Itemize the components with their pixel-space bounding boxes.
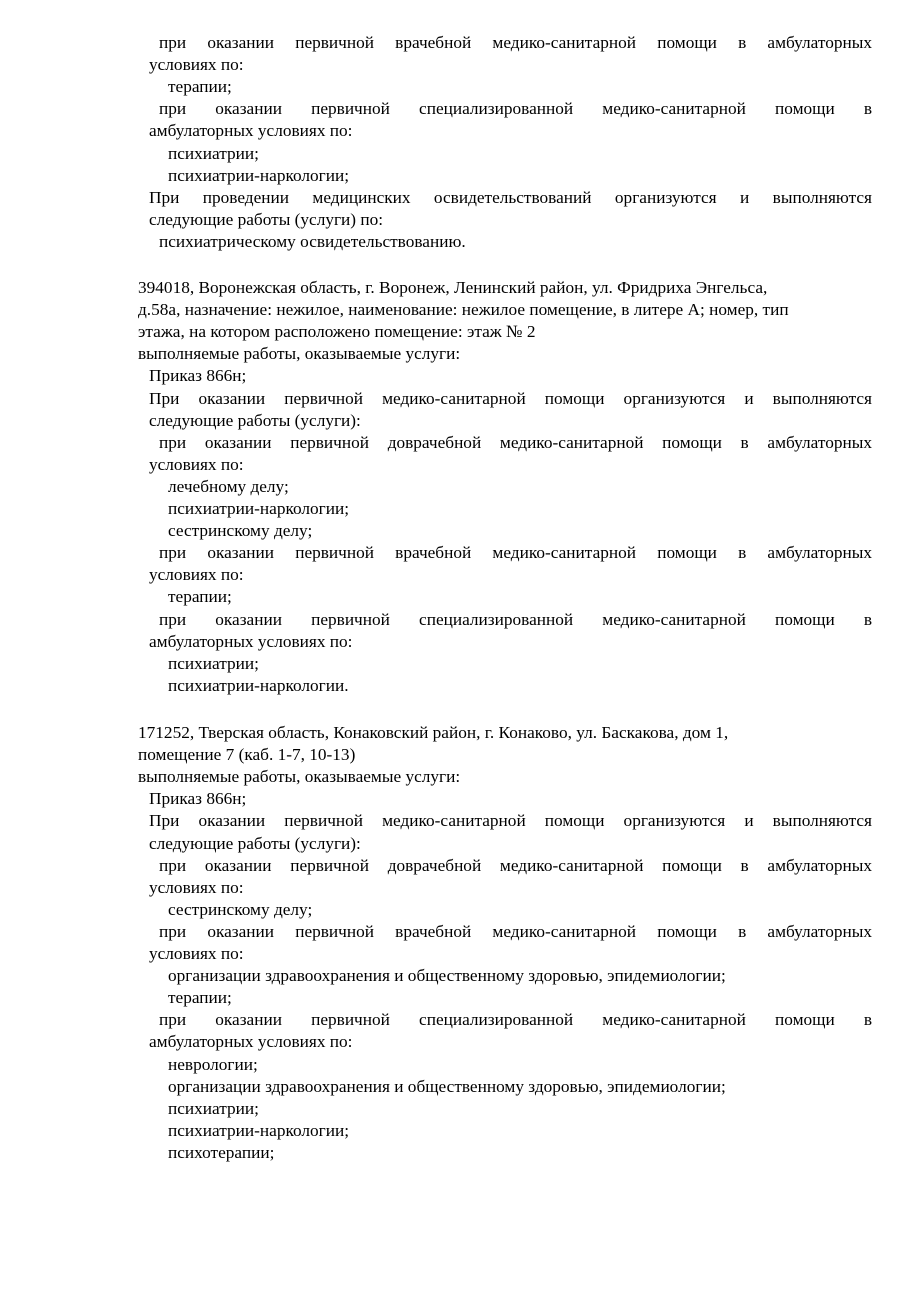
service-line: организации здравоохранения и общественн… [168, 965, 726, 987]
service-line: следующие работы (услуги) по: [149, 209, 383, 231]
address-line: этажа, на котором расположено помещение:… [138, 321, 536, 343]
address-line: 394018, Воронежская область, г. Воронеж,… [138, 277, 767, 299]
service-line: неврологии; [168, 1054, 258, 1076]
service-line: психиатрии-наркологии; [168, 165, 349, 187]
service-line: при оказании первичной врачебной медико-… [159, 542, 872, 564]
service-line: выполняемые работы, оказываемые услуги: [138, 766, 460, 788]
service-line: сестринскому делу; [168, 899, 312, 921]
service-line: лечебному делу; [168, 476, 289, 498]
service-line: выполняемые работы, оказываемые услуги: [138, 343, 460, 365]
service-line: психиатрии; [168, 653, 259, 675]
address-line: 171252, Тверская область, Конаковский ра… [138, 722, 728, 744]
service-line: при оказании первичной врачебной медико-… [159, 32, 872, 54]
service-line: Приказ 866н; [149, 365, 246, 387]
service-line: психиатрии; [168, 143, 259, 165]
service-line: При оказании первичной медико-санитарной… [149, 388, 872, 410]
service-line: терапии; [168, 987, 232, 1009]
service-line: Приказ 866н; [149, 788, 246, 810]
service-line: терапии; [168, 586, 232, 608]
service-line: организации здравоохранения и общественн… [168, 1076, 726, 1098]
service-line: психиатрическому освидетельствованию. [159, 231, 466, 253]
service-line: при оказании первичной специализированно… [159, 98, 872, 120]
service-line: психиатрии; [168, 1098, 259, 1120]
address-line: помещение 7 (каб. 1-7, 10-13) [138, 744, 355, 766]
service-line: сестринскому делу; [168, 520, 312, 542]
service-line: условиях по: [149, 877, 244, 899]
service-line: следующие работы (услуги): [149, 410, 361, 432]
service-line: амбулаторных условиях по: [149, 631, 352, 653]
service-line: условиях по: [149, 454, 244, 476]
address-line: д.58а, назначение: нежилое, наименование… [138, 299, 789, 321]
service-line: при оказании первичной доврачебной медик… [159, 432, 872, 454]
service-line: психиатрии-наркологии; [168, 1120, 349, 1142]
document-page: при оказании первичной врачебной медико-… [0, 0, 905, 1300]
service-line: условиях по: [149, 943, 244, 965]
service-line: условиях по: [149, 564, 244, 586]
service-line: следующие работы (услуги): [149, 833, 361, 855]
service-line: психиатрии-наркологии. [168, 675, 349, 697]
service-line: при оказании первичной специализированно… [159, 1009, 872, 1031]
service-line: При проведении медицинских освидетельств… [149, 187, 872, 209]
service-line: психиатрии-наркологии; [168, 498, 349, 520]
service-line: при оказании первичной врачебной медико-… [159, 921, 872, 943]
service-line: амбулаторных условиях по: [149, 120, 352, 142]
service-line: условиях по: [149, 54, 244, 76]
service-line: при оказании первичной специализированно… [159, 609, 872, 631]
service-line: При оказании первичной медико-санитарной… [149, 810, 872, 832]
service-line: при оказании первичной доврачебной медик… [159, 855, 872, 877]
service-line: психотерапии; [168, 1142, 274, 1164]
service-line: амбулаторных условиях по: [149, 1031, 352, 1053]
service-line: терапии; [168, 76, 232, 98]
